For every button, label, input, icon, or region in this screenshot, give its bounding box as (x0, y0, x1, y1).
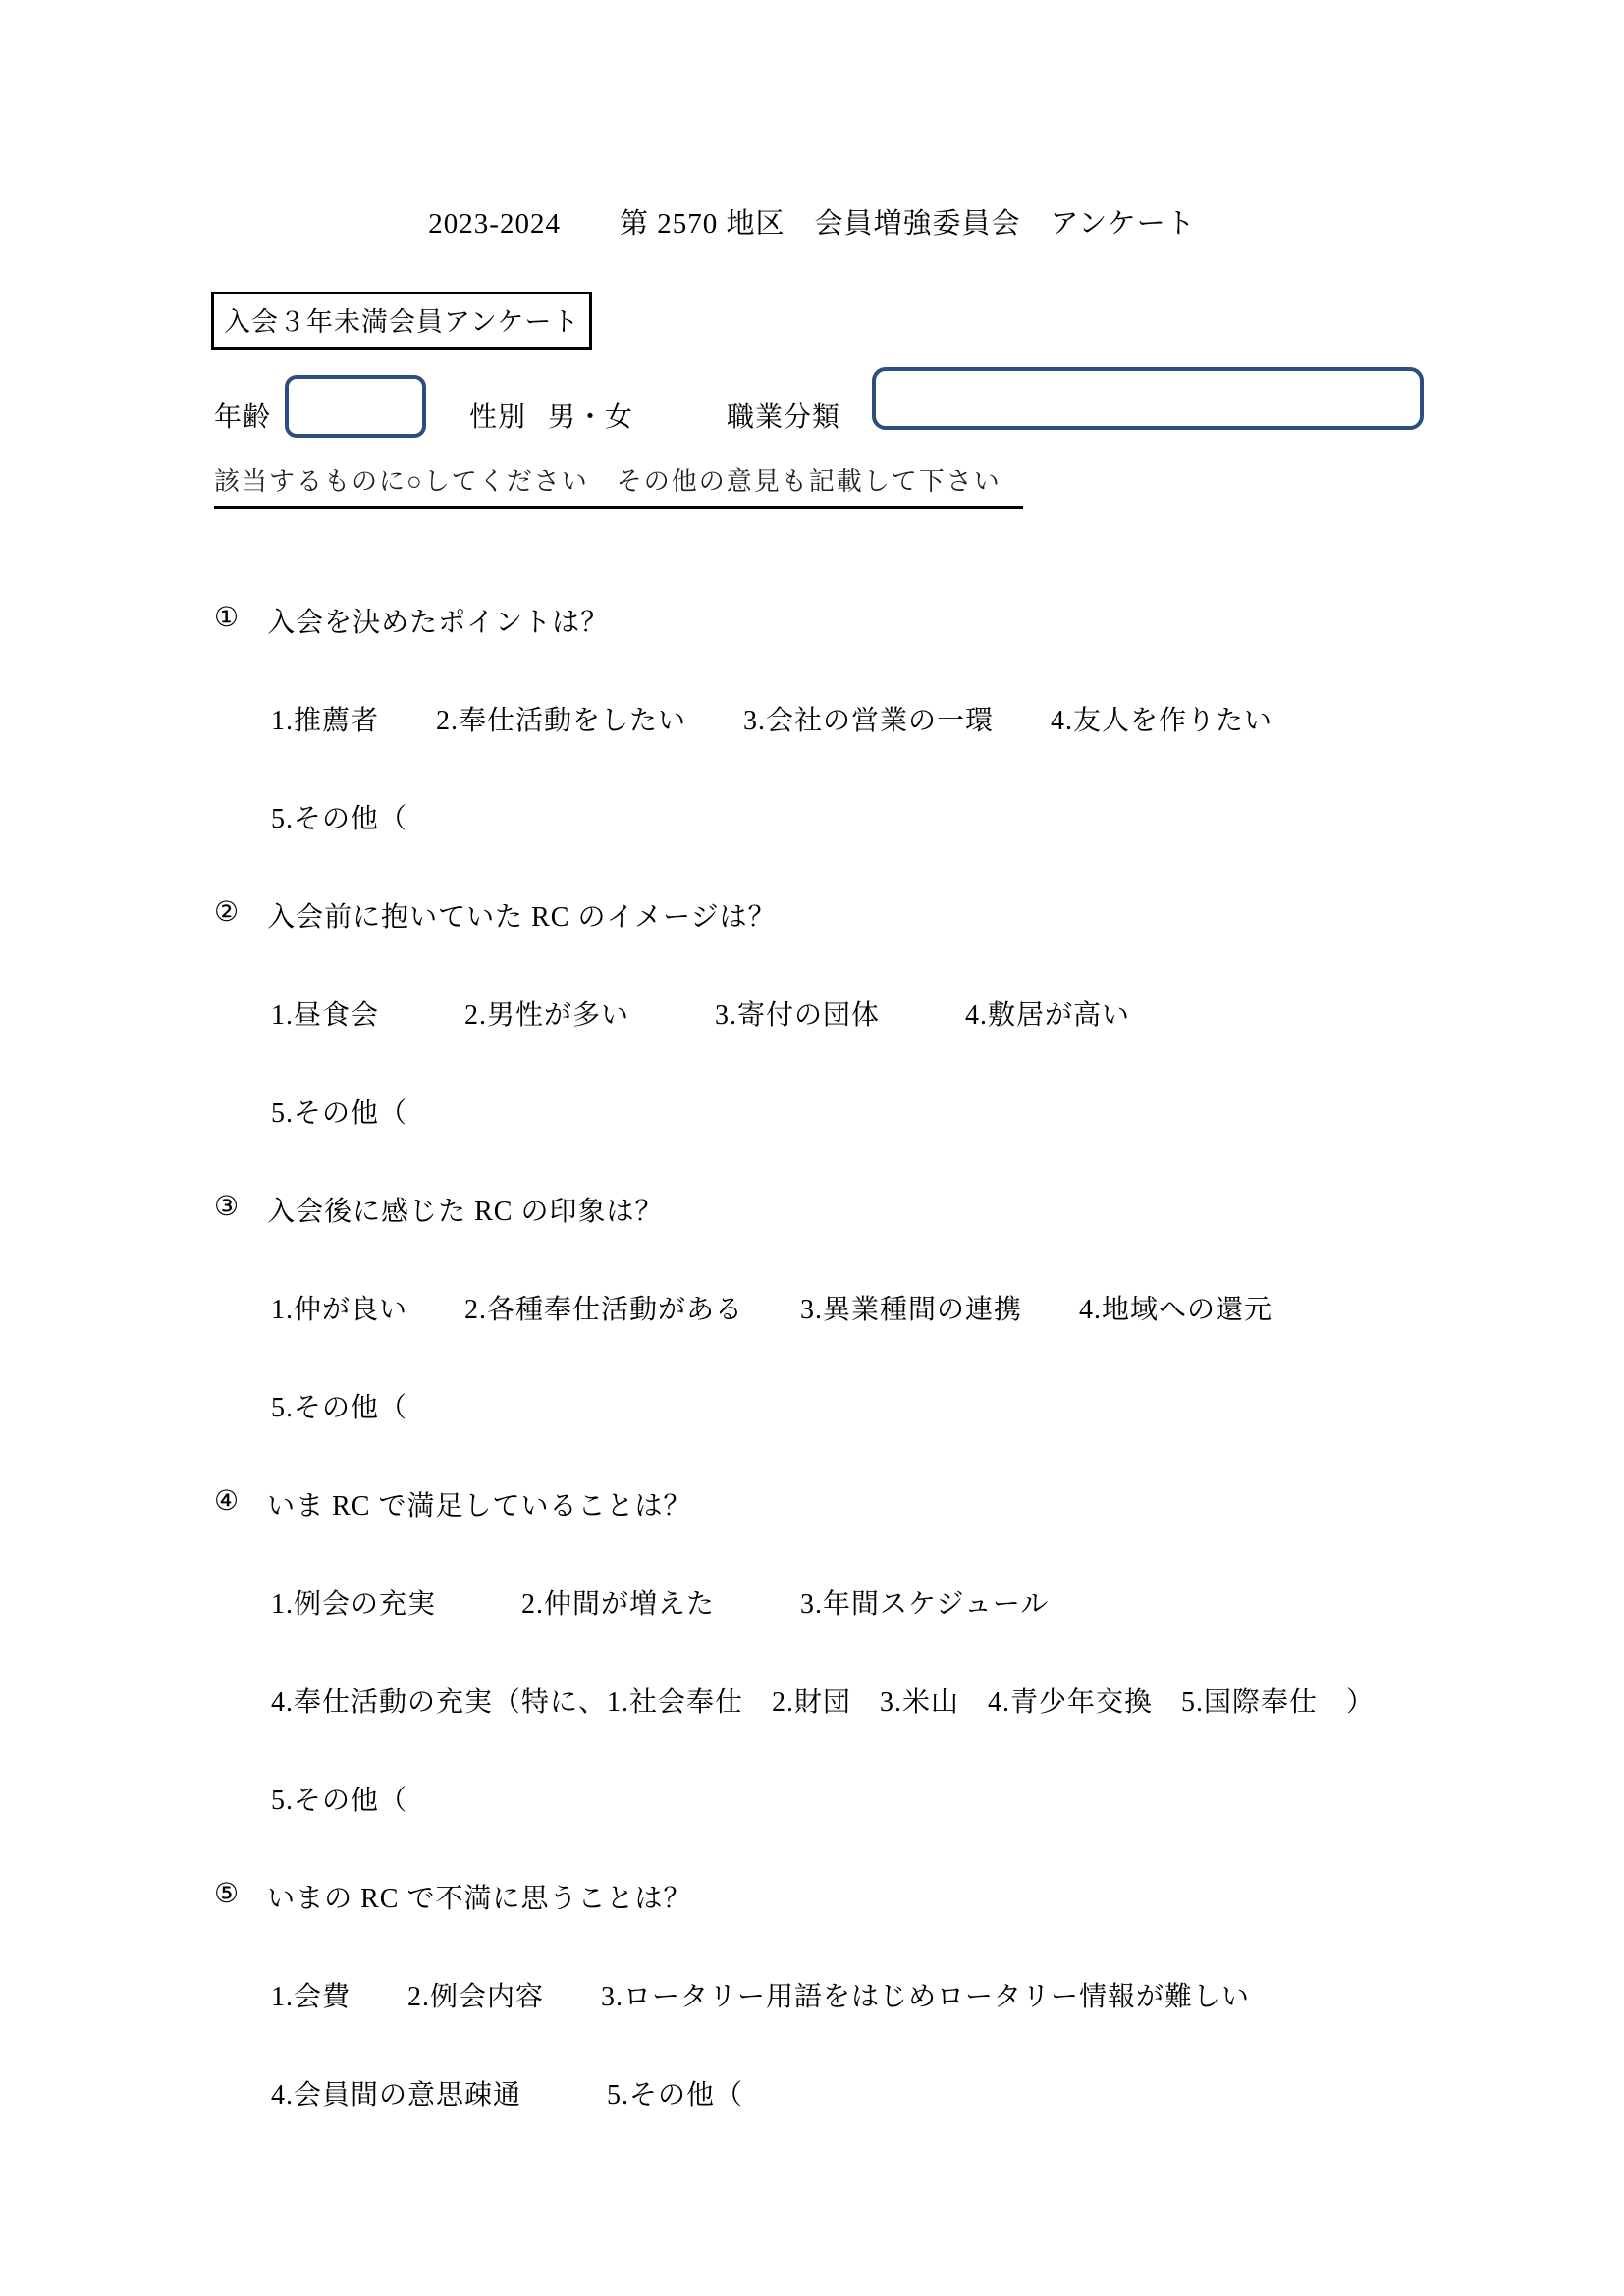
question-1-number: ① (214, 601, 240, 640)
question-1-text: 入会を決めたポイントは？ (267, 601, 609, 640)
occupation-input-box[interactable] (872, 367, 1424, 430)
question-2: ② 入会前に抱いていた RC のイメージは？ (214, 895, 777, 934)
question-5-number: ⑤ (214, 1877, 240, 1916)
question-2-number: ② (214, 895, 240, 934)
page-title: 2023-2024 第 2570 地区 会員増強委員会 アンケート (0, 201, 1624, 241)
document-page: 2023-2024 第 2570 地区 会員増強委員会 アンケート 入会３年未満… (0, 0, 1624, 2296)
form-type-label: 入会３年未満会員アンケート (211, 292, 592, 350)
question-4-options: 1.例会の充実 2.仲間が増えた 3.年間スケジュール (271, 1582, 1049, 1622)
question-2-options: 1.昼食会 2.男性が多い 3.寄付の団体 4.敷居が高い (271, 993, 1130, 1033)
question-4: ④ いま RC で満足していることは？ (214, 1484, 691, 1523)
question-4-other-option: 5.その他（ (271, 1779, 407, 1818)
question-3-text: 入会後に感じた RC の印象は？ (267, 1190, 663, 1229)
question-4-options-service: 4.奉仕活動の充実（特に、1.社会奉仕 2.財団 3.米山 4.青少年交換 5.… (271, 1681, 1375, 1720)
question-5-other-option: 4.会員間の意思疎通 5.その他（ (271, 2073, 743, 2112)
question-1: ① 入会を決めたポイントは？ (214, 601, 609, 640)
question-3-number: ③ (214, 1190, 240, 1229)
gender-label: 性別 (469, 396, 526, 435)
question-2-text: 入会前に抱いていた RC のイメージは？ (267, 895, 777, 934)
question-2-other-option: 5.その他（ (271, 1092, 407, 1131)
question-3-options: 1.仲が良い 2.各種奉仕活動がある 3.異業種間の連携 4.地域への還元 (271, 1288, 1272, 1327)
gender-options: 男・女 (548, 396, 633, 435)
question-5-options: 1.会費 2.例会内容 3.ロータリー用語をはじめロータリー情報が難しい (271, 1975, 1250, 2014)
question-3: ③ 入会後に感じた RC の印象は？ (214, 1190, 663, 1229)
occupation-label: 職業分類 (727, 396, 840, 435)
question-1-other-option: 5.その他（ (271, 797, 407, 836)
age-label: 年齢 (214, 396, 271, 435)
age-input-box[interactable] (285, 375, 426, 438)
question-1-options: 1.推薦者 2.奉仕活動をしたい 3.会社の営業の一環 4.友人を作りたい (271, 699, 1272, 738)
question-5-text: いまの RC で不満に思うことは？ (267, 1877, 691, 1916)
question-3-other-option: 5.その他（ (271, 1386, 407, 1425)
question-4-number: ④ (214, 1484, 240, 1523)
instruction-text: 該当するものに○してください その他の意見も記載して下さい (214, 461, 1023, 509)
question-4-text: いま RC で満足していることは？ (267, 1484, 691, 1523)
question-5: ⑤ いまの RC で不満に思うことは？ (214, 1877, 691, 1916)
